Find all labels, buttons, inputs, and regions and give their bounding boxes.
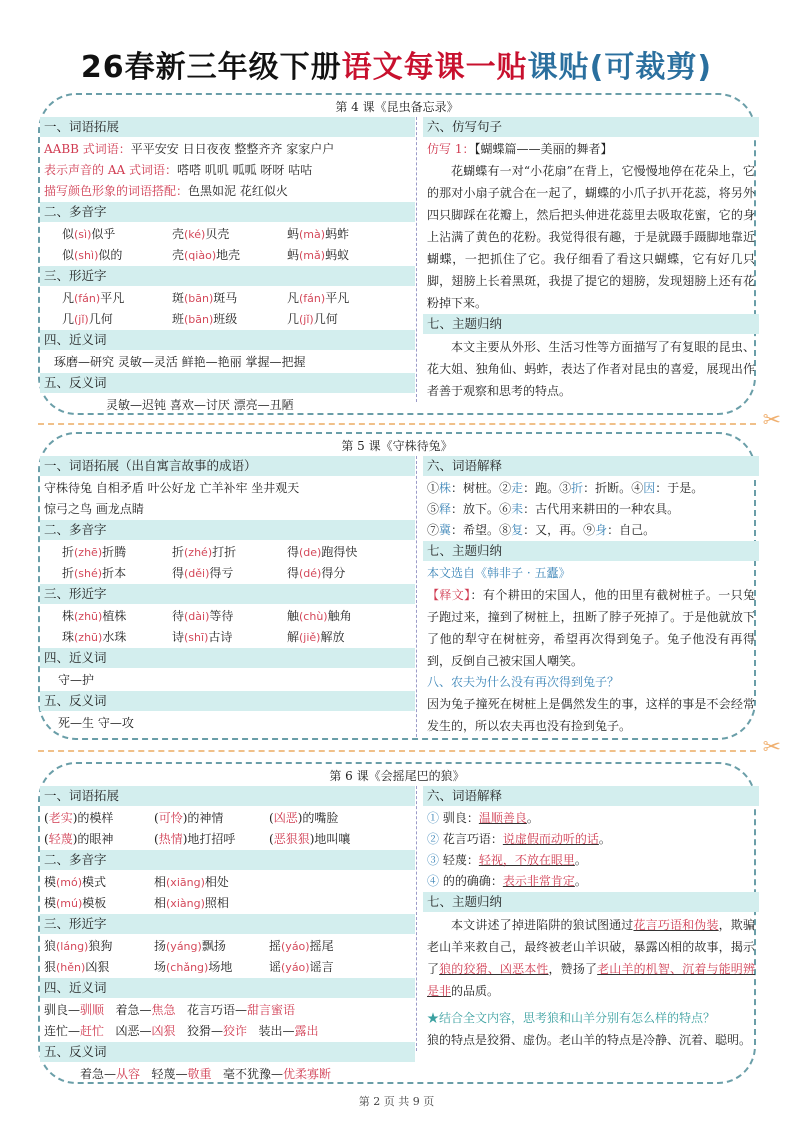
section-head: 二、多音字 [40,850,415,870]
section-head: 二、多音字 [40,520,415,540]
right-column: 六、仿写句子 仿写 1：【蝴蝶篇——美丽的舞者】 花蝴蝶有一对“小花扇”在背上，… [416,117,759,402]
similar-char-row: 几(jǐ)几何班(bān)班级几(jǐ)几何 [40,309,415,330]
label: 表示声音的 AA 式词语： [44,163,177,177]
definition-line: ⑤释：放下。⑥耒：古代用来耕田的一种农具。 [423,499,759,520]
imitation-paragraph: 花蝴蝶有一对“小花扇”在背上，它慢慢地停在花朵上，它的那对小扇子就合在一起了，蝴… [423,160,759,314]
text: 嗒嗒 叽叽 呱呱 呀呀 咕咕 [177,163,312,177]
lesson-title: 第 4 课《昆虫备忘录》 [40,98,754,115]
entry: 凡(fán)平凡 [287,288,397,309]
title-part-3: 课贴(可裁剪) [528,50,712,85]
left-column: 一、词语拓展 (老实)的模样(可怜)的神情(凶恶)的嘴脸 (轻蔑)的眼神(热情)… [40,786,415,1085]
similar-char-row: 凡(fán)平凡斑(bān)斑马凡(fán)平凡 [40,288,415,309]
entry: 凡(fán)平凡 [62,288,172,309]
page-footer: 第 2 页 共 9 页 [0,1093,793,1109]
text: 色黑如泥 花红似火 [188,184,288,198]
entry: 折(zhē)折腾 [62,542,172,563]
entry: 折(shé)折本 [62,563,172,584]
antonym-line: 死—生 守—攻 [40,713,415,734]
section-head: 一、词语拓展 [40,786,415,806]
entry: 似(shì)似的 [62,245,172,266]
entry: 得(dé)得分 [287,563,397,584]
entry: 折(zhé)打折 [172,542,287,563]
subtitle: 【蝴蝶篇——美丽的舞者】 [474,142,612,156]
antonym-row: 着急—从容 轻蔑—敬重 毫不犹豫—优柔寡断 [40,1064,415,1085]
section-head: 六、仿写句子 [423,117,759,137]
definition-line: ② 花言巧语：说虚假而动听的话。 [423,829,759,850]
title-part-2: 语文每课一贴 [342,50,528,85]
section-head: 五、反义词 [40,1042,415,1062]
section-head: 三、形近字 [40,584,415,604]
antonym-line: 灵敏—迟钝 喜欢—讨厌 漂亮—丑陋 [40,395,415,416]
definition-line: ① 驯良：温顺善良。 [423,808,759,829]
scissors-icon: ✂ [763,735,781,760]
phrase-row: (轻蔑)的眼神(热情)地打招呼(恶狠狠)地叫嚷 [40,829,415,850]
section-head: 四、近义词 [40,648,415,668]
synonym-line: 琢磨—研究 灵敏—灵活 鲜艳—艳丽 掌握—把握 [40,352,415,373]
polyphone-row: 模(mó)模式相(xiāng)相处 [40,872,415,893]
scissors-icon: ✂ [763,408,781,433]
source-line: 本文选自《韩非子 · 五蠹》 [423,563,759,584]
lesson-6-card: 第 6 课《会摇尾巴的狼》 一、词语拓展 (老实)的模样(可怜)的神情(凶恶)的… [38,762,756,1084]
entry: 得(de)跑得快 [287,542,397,563]
section-head: 七、主题归纳 [423,541,759,561]
section-head: 二、多音字 [40,202,415,222]
label: 仿写 1： [427,142,474,156]
section-head: 五、反义词 [40,373,415,393]
translation-paragraph: 【释文】：有个耕田的宋国人，他的田里有截树桩子。一只兔子跑过来，撞到了树桩上，扭… [423,584,759,672]
label: 描写颜色形象的词语搭配： [44,184,188,198]
entry: 几(jǐ)几何 [287,309,397,330]
section-head: 四、近义词 [40,330,415,350]
entry: 待(dài)等待 [172,606,287,627]
label: AABB 式词语： [44,142,131,156]
section-head: 四、近义词 [40,978,415,998]
cut-line [38,750,756,752]
lesson-5-card: 第 5 课《守株待兔》 一、词语拓展（出自寓言故事的成语） 守株待兔 自相矛盾 … [38,432,756,740]
page-title: 26春新三年级下册语文每课一贴课贴(可裁剪) [0,42,793,86]
text: 平平安安 日日夜夜 整整齐齐 家家户户 [131,142,334,156]
polyphone-row: 模(mú)模板相(xiàng)照相 [40,893,415,914]
title-part-1: 26春新三年级下册 [81,50,342,85]
section-head: 五、反义词 [40,691,415,711]
similar-char-row: 株(zhū)植株待(dài)等待触(chù)触角 [40,606,415,627]
answer-paragraph: 因为兔子撞死在树桩上是偶然发生的事，这样的事是不会经常发生的，所以农夫再也没有捡… [423,693,759,737]
section-head: 七、主题归纳 [423,314,759,334]
entry: 斑(bān)斑马 [172,288,287,309]
similar-char-row: 狠(hěn)凶狠场(chǎng)场地谣(yáo)谣言 [40,957,415,978]
lesson-title: 第 5 课《守株待兔》 [40,437,754,454]
section-head: 一、词语拓展 [40,117,415,137]
definition-line: ①株：树桩。②走：跑。③折：折断。④因：于是。 [423,478,759,499]
entry: 蚂(mǎ)蚂蚁 [287,245,397,266]
entry: 解(jiě)解放 [287,627,397,648]
lesson-4-card: 第 4 课《昆虫备忘录》 一、词语拓展 AABB 式词语：平平安安 日日夜夜 整… [38,93,756,415]
synonym-row: 连忙—赶忙 凶恶—凶狠 狡猾—狡诈 装出—露出 [40,1021,415,1042]
entry: 壳(qiào)地壳 [172,245,287,266]
section-head: 三、形近字 [40,914,415,934]
section-head: 六、词语解释 [423,456,759,476]
question-line: 八、农夫为什么没有再次得到兔子？ [423,672,759,693]
section-head: 七、主题归纳 [423,892,759,912]
cut-line [38,423,756,425]
definition-line: ③ 轻蔑：轻视，不放在眼里。 [423,850,759,871]
entry: 班(bān)班级 [172,309,287,330]
definition-line: ④ 的的确确：表示非常肯定。 [423,871,759,892]
polyphone-row: 折(shé)折本得(děi)得亏得(dé)得分 [40,563,415,584]
entry: 壳(ké)贝壳 [172,224,287,245]
text-line: 描写颜色形象的词语搭配：色黑如泥 花红似火 [40,181,415,202]
answer-paragraph: 狼的特点是狡猾、虚伪。老山羊的特点是冷静、沉着、聪明。 [423,1029,759,1051]
entry: 诗(shī)古诗 [172,627,287,648]
left-column: 一、词语拓展（出自寓言故事的成语） 守株待兔 自相矛盾 叶公好龙 亡羊补牢 坐井… [40,456,415,734]
text-line: AABB 式词语：平平安安 日日夜夜 整整齐齐 家家户户 [40,139,415,160]
polyphone-row: 似(sì)似乎壳(ké)贝壳蚂(mà)蚂蚱 [40,224,415,245]
idiom-line: 惊弓之鸟 画龙点睛 [40,499,415,520]
phrase-row: (老实)的模样(可怜)的神情(凶恶)的嘴脸 [40,808,415,829]
synonym-line: 守—护 [40,670,415,691]
section-head: 一、词语拓展（出自寓言故事的成语） [40,456,415,476]
entry: 得(děi)得亏 [172,563,287,584]
imitation-title: 仿写 1：【蝴蝶篇——美丽的舞者】 [423,139,759,160]
entry: 株(zhū)植株 [62,606,172,627]
entry: 似(sì)似乎 [62,224,172,245]
right-column: 六、词语解释 ① 驯良：温顺善良。 ② 花言巧语：说虚假而动听的话。 ③ 轻蔑：… [416,786,759,1051]
entry: 珠(zhū)水珠 [62,627,172,648]
right-column: 六、词语解释 ①株：树桩。②走：跑。③折：折断。④因：于是。 ⑤释：放下。⑥耒：… [416,456,759,737]
similar-char-row: 狼(láng)狼狗扬(yáng)飘扬摇(yáo)摇尾 [40,936,415,957]
entry: 蚂(mà)蚂蚱 [287,224,397,245]
theme-paragraph: 本文主要从外形、生活习性等方面描写了有复眼的昆虫、花大姐、独角仙、蚂蚱，表达了作… [423,336,759,402]
similar-char-row: 珠(zhū)水珠诗(shī)古诗解(jiě)解放 [40,627,415,648]
entry: 触(chù)触角 [287,606,397,627]
section-head: 六、词语解释 [423,786,759,806]
question-line: ★结合全文内容，思考狼和山羊分别有怎么样的特点？ [423,1008,759,1029]
left-column: 一、词语拓展 AABB 式词语：平平安安 日日夜夜 整整齐齐 家家户户 表示声音… [40,117,415,416]
entry: 几(jǐ)几何 [62,309,172,330]
polyphone-row: 折(zhē)折腾折(zhé)打折得(de)跑得快 [40,542,415,563]
section-head: 三、形近字 [40,266,415,286]
polyphone-row: 似(shì)似的壳(qiào)地壳蚂(mǎ)蚂蚁 [40,245,415,266]
text-line: 表示声音的 AA 式词语：嗒嗒 叽叽 呱呱 呀呀 咕咕 [40,160,415,181]
synonym-row: 驯良—驯顺 着急—焦急 花言巧语—甜言蜜语 [40,1000,415,1021]
definition-line: ⑦冀：希望。⑧复：又，再。⑨身：自己。 [423,520,759,541]
theme-paragraph: 本文讲述了掉进陷阱的狼试图通过花言巧语和伪装，欺骗老山羊来救自己，最终被老山羊识… [423,914,759,1002]
idiom-line: 守株待兔 自相矛盾 叶公好龙 亡羊补牢 坐井观天 [40,478,415,499]
lesson-title: 第 6 课《会摇尾巴的狼》 [40,767,754,784]
